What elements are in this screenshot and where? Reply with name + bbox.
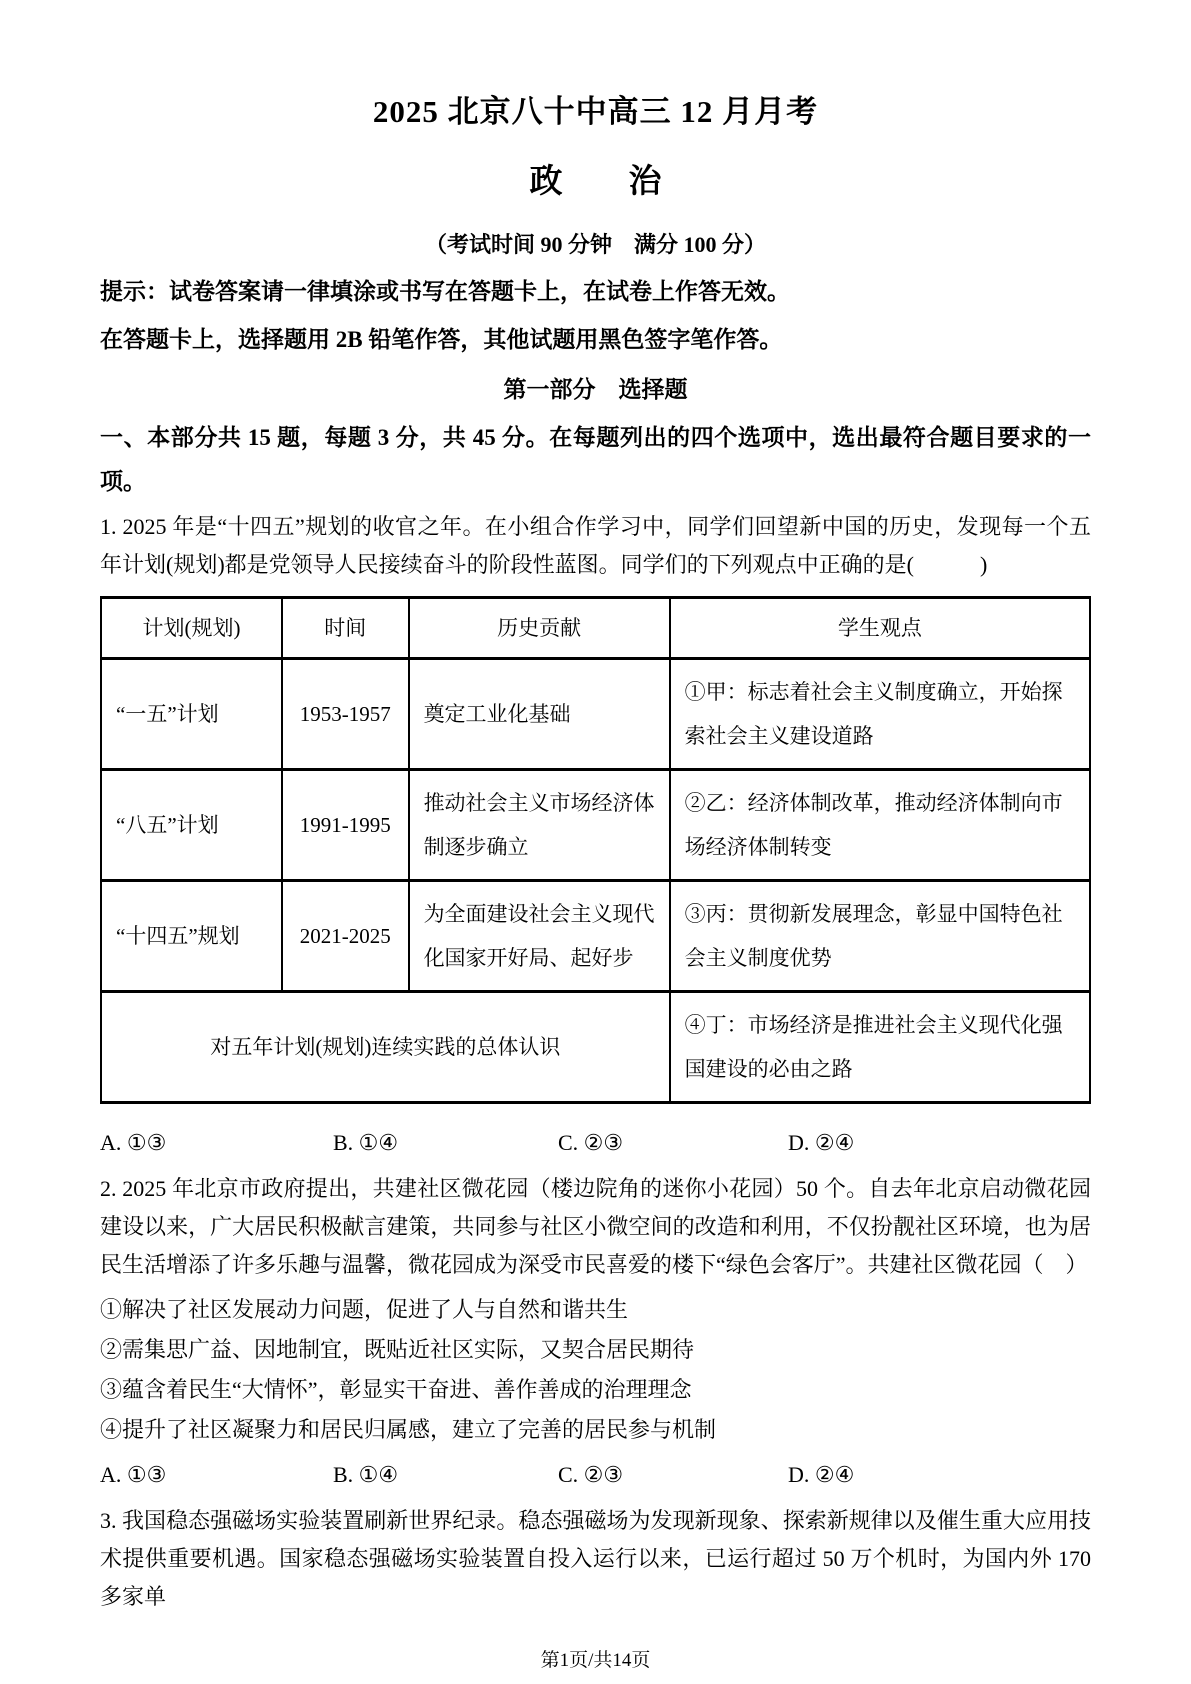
option-b: B. ①④ — [333, 1458, 558, 1492]
question-2-stem: 2. 2025 年北京市政府提出，共建社区微花园（楼边院角的迷你小花园）50 个… — [100, 1170, 1091, 1284]
table-row: “八五”计划 1991-1995 推动社会主义市场经济体制逐步确立 ②乙：经济体… — [101, 770, 1090, 881]
cell-summary-label: 对五年计划(规划)连续实践的总体认识 — [101, 992, 670, 1103]
cell-viewpoint: ②乙：经济体制改革，推动经济体制向市场经济体制转变 — [670, 770, 1090, 881]
notice-line-1: 提示：试卷答案请一律填涂或书写在答题卡上，在试卷上作答无效。 — [100, 275, 1091, 309]
cell-viewpoint: ①甲：标志着社会主义制度确立，开始探索社会主义建设道路 — [670, 659, 1090, 770]
page-number: 第1页/共14页 — [0, 1645, 1191, 1672]
subject-title: 政 治 — [100, 155, 1091, 202]
table-summary-row: 对五年计划(规划)连续实践的总体认识 ④丁：市场经济是推进社会主义现代化强国建设… — [101, 992, 1090, 1103]
question-1-table: 计划(规划) 时间 历史贡献 学生观点 “一五”计划 1953-1957 奠定工… — [100, 596, 1091, 1104]
question-2-item-3: ③蕴含着民生“大情怀”，彰显实干奋进、善作善成的治理理念 — [100, 1370, 1091, 1410]
section-title: 第一部分 选择题 — [100, 371, 1091, 404]
exam-info: （考试时间 90 分钟 满分 100 分） — [100, 228, 1091, 259]
table-row: “十四五”规划 2021-2025 为全面建设社会主义现代化国家开好局、起好步 … — [101, 881, 1090, 992]
cell-plan: “八五”计划 — [101, 770, 282, 881]
option-c: C. ②③ — [558, 1458, 788, 1492]
exam-title: 2025 北京八十中高三 12 月月考 — [100, 86, 1091, 131]
question-3-stem: 3. 我国稳态强磁场实验装置刷新世界纪录。稳态强磁场为发现新现象、探索新规律以及… — [100, 1502, 1091, 1616]
header-contribution: 历史贡献 — [409, 598, 670, 659]
option-b: B. ①④ — [333, 1126, 558, 1160]
question-2-item-2: ②需集思广益、因地制宜，既贴近社区实际，又契合居民期待 — [100, 1330, 1091, 1370]
table-header-row: 计划(规划) 时间 历史贡献 学生观点 — [101, 598, 1090, 659]
option-d: D. ②④ — [788, 1458, 1091, 1492]
cell-time: 1953-1957 — [282, 659, 409, 770]
question-1-options: A. ①③ B. ①④ C. ②③ D. ②④ — [100, 1126, 1091, 1160]
option-c: C. ②③ — [558, 1126, 788, 1160]
exam-paper-page: 2025 北京八十中高三 12 月月考 政 治 （考试时间 90 分钟 满分 1… — [0, 0, 1191, 1684]
cell-contribution: 奠定工业化基础 — [409, 659, 670, 770]
cell-contribution: 为全面建设社会主义现代化国家开好局、起好步 — [409, 881, 670, 992]
question-1-stem: 1. 2025 年是“十四五”规划的收官之年。在小组合作学习中，同学们回望新中国… — [100, 508, 1091, 584]
cell-time: 2021-2025 — [282, 881, 409, 992]
page-content: 2025 北京八十中高三 12 月月考 政 治 （考试时间 90 分钟 满分 1… — [0, 0, 1191, 1616]
option-a: A. ①③ — [100, 1458, 333, 1492]
notice-line-2: 在答题卡上，选择题用 2B 铅笔作答，其他试题用黑色签字笔作答。 — [100, 323, 1091, 357]
question-2-item-4: ④提升了社区凝聚力和居民归属感，建立了完善的居民参与机制 — [100, 1410, 1091, 1450]
section-instruction: 一、本部分共 15 题，每题 3 分，共 45 分。在每题列出的四个选项中，选出… — [100, 416, 1091, 504]
cell-viewpoint: ④丁：市场经济是推进社会主义现代化强国建设的必由之路 — [670, 992, 1090, 1103]
cell-plan: “十四五”规划 — [101, 881, 282, 992]
cell-plan: “一五”计划 — [101, 659, 282, 770]
header-viewpoint: 学生观点 — [670, 598, 1090, 659]
cell-time: 1991-1995 — [282, 770, 409, 881]
cell-viewpoint: ③丙：贯彻新发展理念，彰显中国特色社会主义制度优势 — [670, 881, 1090, 992]
question-2-item-1: ①解决了社区发展动力问题，促进了人与自然和谐共生 — [100, 1290, 1091, 1330]
table-row: “一五”计划 1953-1957 奠定工业化基础 ①甲：标志着社会主义制度确立，… — [101, 659, 1090, 770]
option-d: D. ②④ — [788, 1126, 1091, 1160]
question-2-options: A. ①③ B. ①④ C. ②③ D. ②④ — [100, 1458, 1091, 1492]
header-plan: 计划(规划) — [101, 598, 282, 659]
cell-contribution: 推动社会主义市场经济体制逐步确立 — [409, 770, 670, 881]
header-time: 时间 — [282, 598, 409, 659]
option-a: A. ①③ — [100, 1126, 333, 1160]
